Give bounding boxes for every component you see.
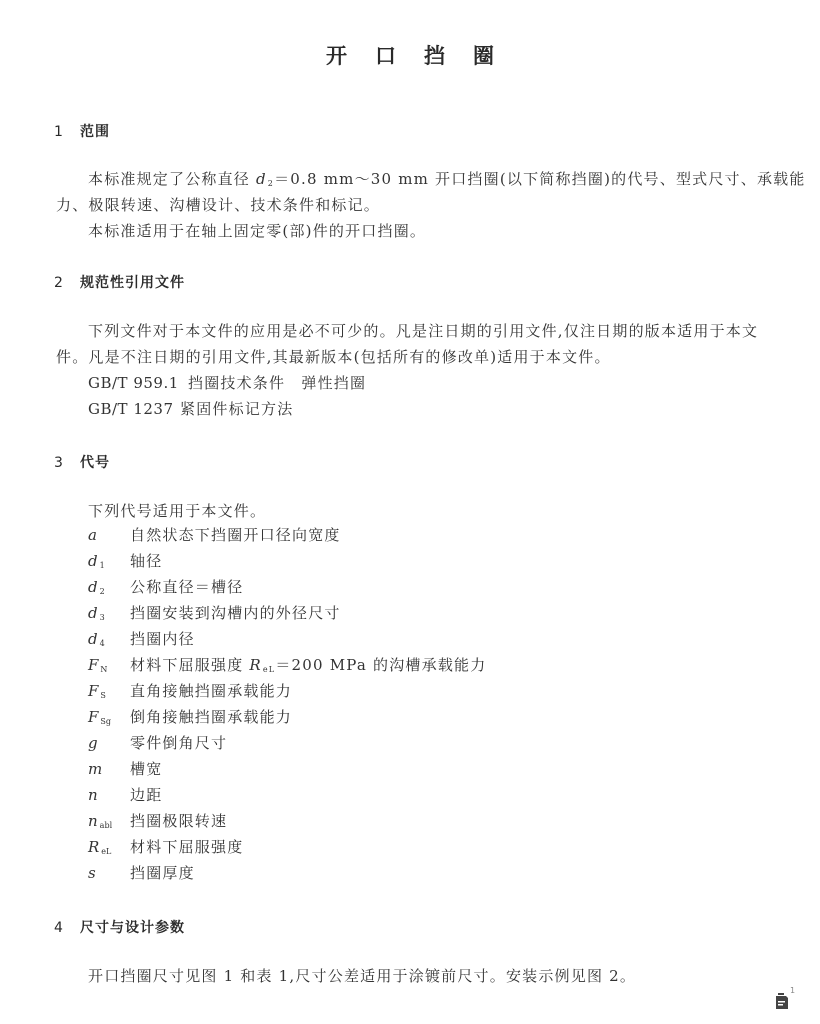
reference-code: GB/T 959.1 [88,374,188,392]
symbol-subscript: Sg [100,717,111,726]
symbol-subscript: N [100,665,107,674]
symbol-letter: a [88,526,97,544]
symbol-description: 倒角接触挡圈承载能力 [130,708,292,726]
variable-subscript: eL [263,665,275,674]
section-title: 规范性引用文件 [80,275,185,291]
reference-code: GB/T 1237 [88,400,180,418]
symbol-description: 边距 [130,786,162,804]
references-paragraph-line-2: 件。凡是不注日期的引用文件,其最新版本(包括所有的修改单)适用于本文件。 [56,346,611,367]
symbol-description: 公称直径＝槽径 [130,578,243,596]
symbol: m [88,756,130,782]
variable-symbol: R [249,656,262,674]
section-title: 代号 [80,455,110,471]
symbol-letter: n [88,812,98,830]
reference-item: GB/T 959.1挡圈技术条件 弹性挡圈 [88,372,366,393]
symbol-letter: F [88,682,98,700]
symbol-row: n边距 [88,782,162,808]
symbol-letter: d [88,578,98,596]
symbol-description: 挡圈内径 [130,630,195,648]
symbol: n [88,782,130,808]
variable-d2: d2 [256,170,274,188]
reference-title: 紧固件标记方法 [180,400,293,418]
symbol-description: 挡圈安装到沟槽内的外径尺寸 [130,604,341,622]
section-heading-normative-references: 2规范性引用文件 [54,272,185,292]
symbol-letter: m [88,760,102,778]
reference-title: 挡圈技术条件 弹性挡圈 [188,374,366,392]
symbol-row: g零件倒角尺寸 [88,730,227,756]
symbols-intro: 下列代号适用于本文件。 [88,500,266,521]
symbol-row: FS直角接触挡圈承载能力 [88,678,292,704]
symbol-letter: n [88,786,98,804]
symbol-row: a自然状态下挡圈开口径向宽度 [88,522,341,548]
symbol-letter: d [88,604,98,622]
symbol-description: 材料下屈服强度 [130,838,243,856]
section-heading-dimensions: 4尺寸与设计参数 [54,917,185,937]
symbol-row: d1轴径 [88,548,162,574]
variable-symbol: d [256,170,267,188]
symbol-letter: d [88,630,98,648]
section-title: 尺寸与设计参数 [80,920,185,936]
symbol-subscript: 2 [100,587,105,596]
symbol-subscript: eL [101,847,111,856]
section-number: 4 [54,920,80,936]
section-number: 2 [54,275,80,291]
symbol-subscript: S [100,691,105,700]
symbol-subscript: abl [100,821,112,830]
symbol-row: FSg倒角接触挡圈承载能力 [88,704,292,730]
scope-paragraph-2: 本标准适用于在轴上固定零(部)件的开口挡圈。 [88,220,426,241]
symbol: s [88,860,130,886]
symbol-subscript: 4 [100,639,105,648]
document-page: 开口挡圈 1范围 本标准规定了公称直径 d2＝0.8 mm～30 mm 开口挡圈… [0,0,820,1024]
symbol-description: 零件倒角尺寸 [130,734,227,752]
symbol-subscript: 1 [100,561,105,570]
symbol-row: FN材料下屈服强度 ReL＝200 MPa 的沟槽承载能力 [88,652,486,678]
symbol-row: nabl挡圈极限转速 [88,808,227,834]
symbol-row: d3挡圈安装到沟槽内的外径尺寸 [88,600,341,626]
symbol: a [88,522,130,548]
symbol-description: 直角接触挡圈承载能力 [130,682,292,700]
reference-item: GB/T 1237紧固件标记方法 [88,398,293,419]
section-title: 范围 [80,124,110,140]
section-number: 1 [54,124,80,140]
symbol-row: d4挡圈内径 [88,626,195,652]
variable-ReL: ReL [249,656,275,674]
text-segment: ＝0.8 mm～30 mm 开口挡圈(以下简称挡圈)的代号、型式尺寸、承载能 [274,170,805,188]
symbol-letter: g [88,734,98,752]
symbol-description: 槽宽 [130,760,162,778]
text-segment: ＝200 MPa 的沟槽承载能力 [275,656,486,674]
symbol-row: m槽宽 [88,756,162,782]
document-icon[interactable] [774,991,790,1011]
document-title: 开口挡圈 [0,40,820,70]
symbol-letter: d [88,552,98,570]
symbol-letter: R [88,838,99,856]
scope-paragraph-line-1: 本标准规定了公称直径 d2＝0.8 mm～30 mm 开口挡圈(以下简称挡圈)的… [88,168,806,189]
section-heading-symbols: 3代号 [54,452,110,472]
page-number: 1 [790,986,795,995]
symbol-description: 挡圈极限转速 [130,812,227,830]
text-segment: 材料下屈服强度 [130,656,249,674]
symbol-letter: s [88,864,96,882]
symbol-description: 材料下屈服强度 ReL＝200 MPa 的沟槽承载能力 [130,656,486,674]
symbol-letter: F [88,708,98,726]
symbol-description: 挡圈厚度 [130,864,195,882]
dimensions-paragraph: 开口挡圈尺寸见图 1 和表 1,尺寸公差适用于涂镀前尺寸。安装示例见图 2。 [88,965,636,986]
symbol-row: ReL材料下屈服强度 [88,834,243,860]
symbol: g [88,730,130,756]
references-paragraph-line-1: 下列文件对于本文件的应用是必不可少的。凡是注日期的引用文件,仅注日期的版本适用于… [88,320,758,341]
symbol-letter: F [88,656,98,674]
symbol-row: s挡圈厚度 [88,860,195,886]
symbol-subscript: 3 [100,613,105,622]
scope-paragraph-line-2: 力、极限转速、沟槽设计、技术条件和标记。 [56,194,380,215]
symbol-description: 轴径 [130,552,162,570]
section-number: 3 [54,455,80,471]
text-segment: 本标准规定了公称直径 [88,170,256,188]
symbol-row: d2公称直径＝槽径 [88,574,243,600]
section-heading-scope: 1范围 [54,121,110,141]
symbol-description: 自然状态下挡圈开口径向宽度 [130,526,341,544]
